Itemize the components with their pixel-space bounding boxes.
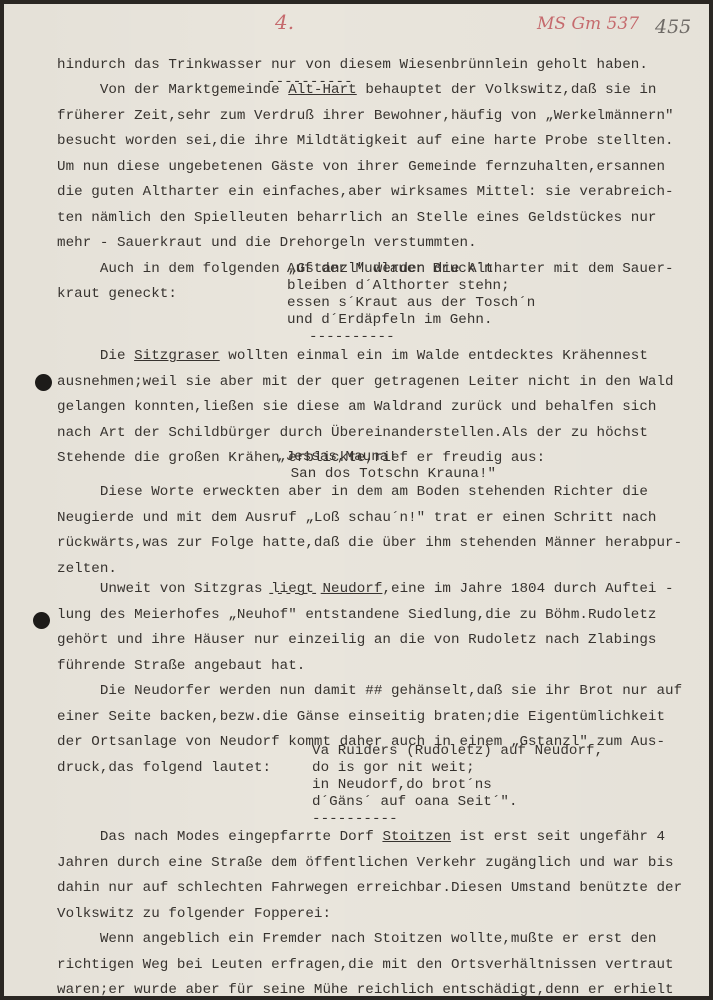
text-line: rückwärts,was zur Folge hatte,daß die üb… bbox=[57, 533, 682, 553]
text-line: Unweit von Sitzgras liegt Neudorf,eine i… bbox=[57, 579, 674, 599]
text-line: Um nun diese ungebetenen Gäste von ihrer… bbox=[57, 157, 665, 177]
text-line: gehört und ihre Häuser nur einzeilig an … bbox=[57, 630, 656, 650]
text-line: früherer Zeit,sehr zum Verdruß ihrer Bew… bbox=[57, 106, 674, 126]
separator-line: ---------- bbox=[312, 809, 398, 829]
punch-hole bbox=[35, 374, 52, 391]
text-line: Jahren durch eine Straße dem öffentliche… bbox=[57, 853, 674, 873]
text-line: einer Seite backen,bezw.die Gänse einsei… bbox=[57, 707, 665, 727]
page-mark-annotation: 4. bbox=[275, 10, 294, 34]
underlined-place-name: Neudorf bbox=[322, 581, 382, 597]
text-line: ausnehmen;weil sie aber mit der quer get… bbox=[57, 372, 674, 392]
text-line: lung des Meierhofes „Neuhof" entstandene… bbox=[57, 605, 656, 625]
text-line: führende Straße angebaut hat. bbox=[57, 656, 305, 676]
text-line: druck,das folgend lautet: bbox=[57, 758, 271, 778]
text-line: zelten. bbox=[57, 559, 117, 579]
text-line: nach Art der Schildbürger durch Übereina… bbox=[57, 423, 648, 443]
underlined-place-name: Sitzgraser bbox=[134, 348, 220, 364]
text-line: besucht worden sei,die ihre Mildtätigkei… bbox=[57, 131, 674, 151]
text-line: Das nach Modes eingepfarrte Dorf Stoitze… bbox=[57, 827, 665, 847]
text-line: Diese Worte erweckten aber in dem am Bod… bbox=[57, 482, 648, 502]
text-line: Volkswitz zu folgender Fopperei: bbox=[57, 904, 331, 924]
text-line: richtigen Weg bei Leuten erfragen,die mi… bbox=[57, 955, 674, 975]
text-line: gelangen konnten,ließen sie diese am Wal… bbox=[57, 397, 656, 417]
text-line: Die Sitzgraser wollten einmal ein im Wal… bbox=[57, 346, 648, 366]
text-line: mehr - Sauerkraut und die Drehorgeln ver… bbox=[57, 233, 477, 253]
punch-hole bbox=[33, 612, 50, 629]
text-line: ten nämlich den Spielleuten beharrlich a… bbox=[57, 208, 656, 228]
separator-line: ---------- bbox=[309, 327, 395, 347]
text-line: Die Neudorfer werden nun damit ## gehäns… bbox=[57, 681, 682, 701]
text-line: Wenn angeblich ein Fremder nach Stoitzen… bbox=[57, 929, 656, 949]
text-line: Von der Marktgemeinde Alt-Hart behauptet… bbox=[57, 80, 657, 100]
underlined-place-name: Stoitzen bbox=[382, 829, 451, 845]
document-page: 4. MS Gm 537 455 hindurch das Trinkwasse… bbox=[4, 4, 709, 996]
folio-number-annotation: 455 bbox=[655, 16, 691, 38]
text-line: dahin nur auf schlechten Fahrwegen errei… bbox=[57, 878, 682, 898]
text-line: waren;er wurde aber für seine Mühe reich… bbox=[57, 980, 674, 1000]
underlined-place-name: Alt-Hart bbox=[288, 82, 357, 98]
text-line: kraut geneckt: bbox=[57, 284, 177, 304]
text-line: die guten Altharter ein einfaches,aber w… bbox=[57, 182, 674, 202]
text-line: San dos Totschn Krauna!" bbox=[282, 464, 496, 484]
text-line: Neugierde und mit dem Ausruf „Loß schau´… bbox=[57, 508, 656, 528]
shelfmark-annotation: MS Gm 537 bbox=[537, 14, 639, 34]
